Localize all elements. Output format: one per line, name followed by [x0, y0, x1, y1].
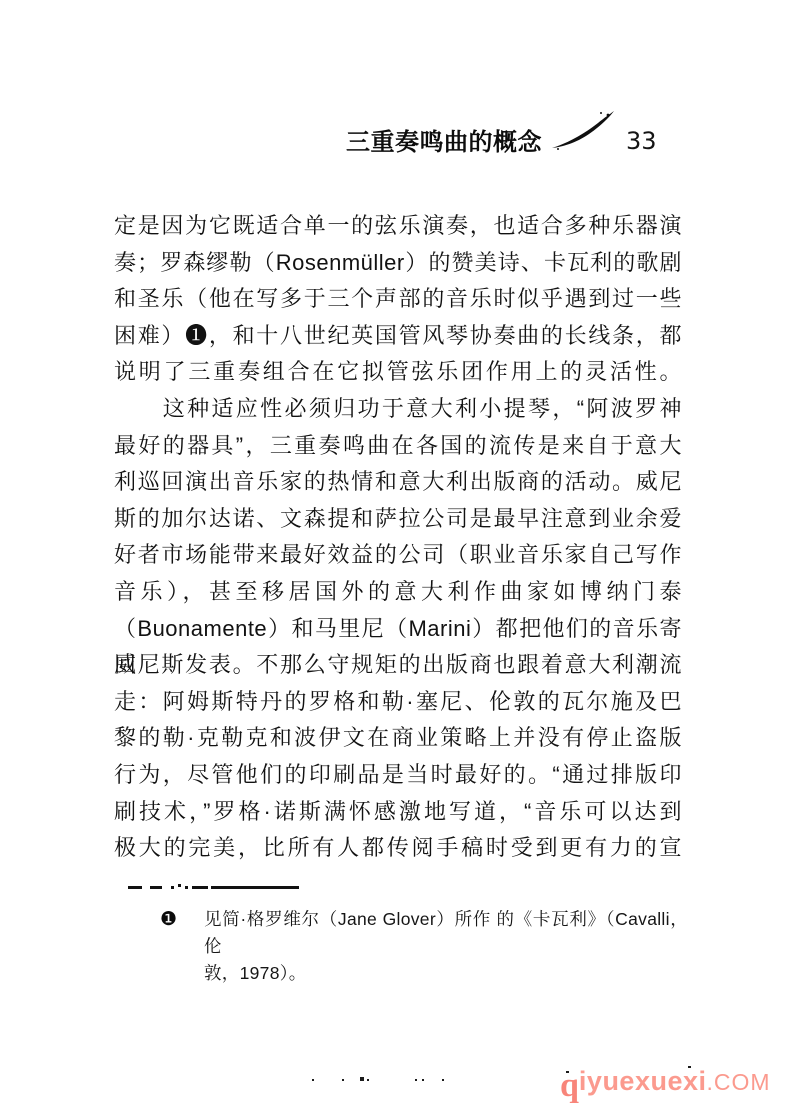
footnote-line: 见简·格罗维尔（Jane Glover）所作 的《卡瓦利》（Cavalli，伦	[204, 906, 688, 960]
body-text-block: 定是因为它既适合单一的弦乐演奏，也适合多种乐器演 奏；罗森缪勒（Rosenmül…	[114, 208, 682, 867]
footnote-line: 敦，1978）。	[204, 960, 688, 987]
body-line: 困难）❶，和十八世纪英国管风琴协奏曲的长线条，都	[114, 318, 682, 355]
body-line: 音乐），甚至移居国外的意大利作曲家如博纳门泰	[114, 574, 682, 611]
watermark-url: qiyuexuexi.COM	[560, 1066, 771, 1105]
body-line: 斯的加尔达诺、文森提和萨拉公司是最早注意到业余爱	[114, 501, 682, 538]
footnote-marker: ❶	[160, 906, 204, 987]
body-line: 黎的勒·克勒克和波伊文在商业策略上并没有停止盗版	[114, 720, 682, 757]
body-line: 极大的完美，比所有人都传阅手稿时受到更有力的宣	[114, 830, 682, 867]
footnote-text: 见简·格罗维尔（Jane Glover）所作 的《卡瓦利》（Cavalli，伦 …	[204, 906, 688, 987]
page-number: 33	[626, 127, 657, 155]
watermark-name: iyuexuexi	[579, 1066, 707, 1096]
page-header-title: 三重奏鸣曲的概念	[346, 122, 546, 157]
body-line: 奏；罗森缪勒（Rosenmüller）的赞美诗、卡瓦利的歌剧	[114, 245, 682, 282]
scanned-book-page: 三重奏鸣曲的概念 33 定是因为它既适合单一的弦乐演奏，也适合多种乐器演 奏；罗…	[0, 0, 794, 1120]
footnote-separator	[128, 886, 299, 890]
body-line: 好者市场能带来最好效益的公司（职业音乐家自己写作	[114, 537, 682, 574]
brush-flourish-icon	[550, 110, 616, 157]
body-line: 定是因为它既适合单一的弦乐演奏，也适合多种乐器演	[114, 208, 682, 245]
body-line: 最好的器具”，三重奏鸣曲在各国的流传是来自于意大	[114, 428, 682, 465]
body-line: 走：阿姆斯特丹的罗格和勒·塞尼、伦敦的瓦尔施及巴	[114, 684, 682, 721]
body-line: 说明了三重奏组合在它拟管弦乐团作用上的灵活性。	[114, 354, 682, 391]
body-line: （Buonamente）和马里尼（Marini）都把他们的音乐寄回	[114, 611, 682, 648]
body-line: 行为，尽管他们的印刷品是当时最好的。“通过排版印	[114, 757, 682, 794]
body-line: 利巡回演出音乐家的热情和意大利出版商的活动。威尼	[114, 464, 682, 501]
watermark-q: q	[560, 1067, 579, 1104]
watermark-com: .COM	[707, 1069, 771, 1095]
footnote: ❶ 见简·格罗维尔（Jane Glover）所作 的《卡瓦利》（Cavalli，…	[160, 906, 688, 987]
body-line: 刷技术，”罗格·诺斯满怀感激地写道，“音乐可以达到	[114, 794, 682, 831]
body-line: 威尼斯发表。不那么守规矩的出版商也跟着意大利潮流	[114, 647, 682, 684]
body-line: 这种适应性必须归功于意大利小提琴，“阿波罗神	[114, 391, 682, 428]
body-line: 和圣乐（他在写多于三个声部的音乐时似乎遇到过一些	[114, 281, 682, 318]
